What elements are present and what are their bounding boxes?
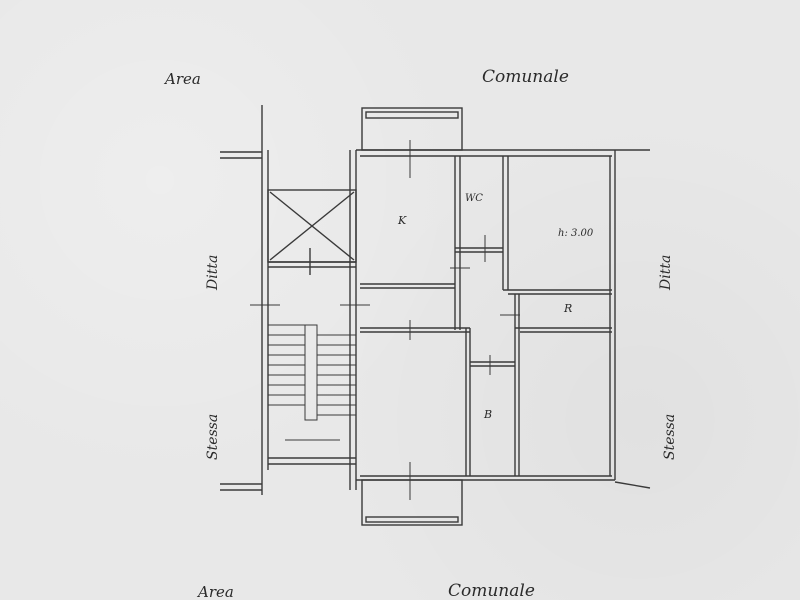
label-ditta-right: Ditta <box>658 255 674 290</box>
label-ditta-left: Ditta <box>205 255 221 290</box>
room-storage-label: R <box>564 302 572 315</box>
label-area-top: Area <box>165 70 201 88</box>
room-wc-label: WC <box>465 193 483 204</box>
staircase <box>268 325 356 440</box>
floor-plan-drawing <box>0 0 800 600</box>
room-height-label: h: 3.00 <box>558 228 593 239</box>
room-bath-label: B <box>484 408 492 421</box>
room-kitchen-label: K <box>398 214 406 227</box>
label-area-bottom: Area <box>198 583 234 600</box>
label-comunale-bottom: Comunale <box>448 581 535 600</box>
label-stessa-right: Stessa <box>662 414 678 460</box>
label-stessa-left: Stessa <box>205 414 221 460</box>
label-comunale-top: Comunale <box>482 67 569 87</box>
